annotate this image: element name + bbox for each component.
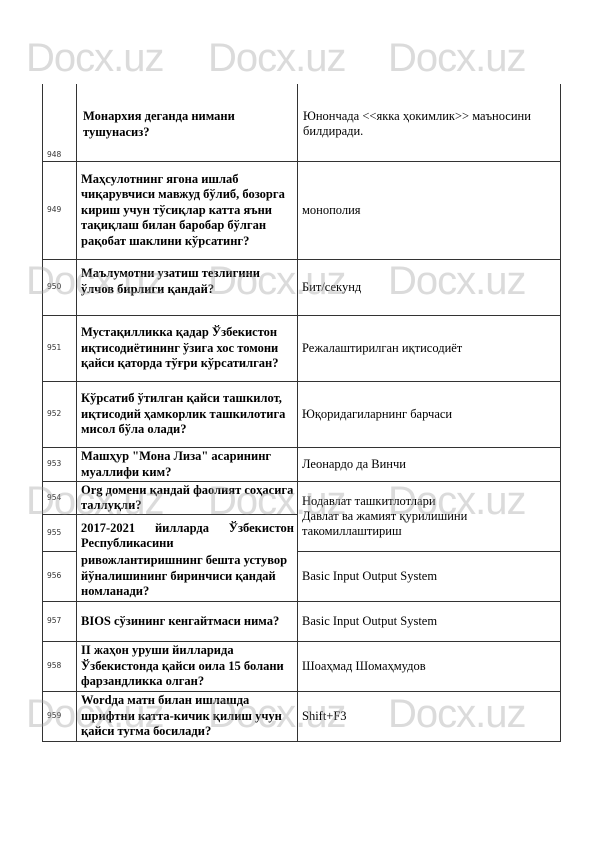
answer-text: Шоаҳмад Шомаҳмудов <box>298 642 561 692</box>
question-text: Машҳур "Мона Лиза" асарининг муаллифи ки… <box>77 448 298 482</box>
question-text: Мустақилликка қадар Ўзбекистон иқтисодиё… <box>77 316 298 382</box>
answer-line: Давлат ва жамият қурилишини такомиллашти… <box>302 509 556 539</box>
table-row: 957 BIOS сўзининг кенгайтмаси нима? Basi… <box>43 602 561 642</box>
answer-text: Юнончада <<якка ҳокимлик>> маъносини бил… <box>303 109 553 139</box>
table-row: 950 Маълумотни узатиш тезлигини ўлчов би… <box>43 260 561 316</box>
answer-text: Леонардо да Винчи <box>298 448 561 482</box>
row-number: 948 <box>47 150 61 159</box>
row-number-cell: 948 <box>42 84 76 161</box>
answer-text: Shift+F3 <box>298 692 561 742</box>
table-row: 956 ривожлантиришнинг бешта устувор йўна… <box>43 552 561 602</box>
answer-text: Юқоридагиларнинг барчаси <box>298 382 561 448</box>
row-number: 957 <box>43 602 77 642</box>
question-text: BIOS сўзининг кенгайтмаси нима? <box>77 602 298 642</box>
question-text: 2017-2021 йилларда Ўзбекистон Республика… <box>77 515 298 552</box>
question-text: II жаҳон уруши йилларида Ўзбекистонда қа… <box>77 642 298 692</box>
table-row: 953 Машҳур "Мона Лиза" асарининг муаллиф… <box>43 448 561 482</box>
row-number: 959 <box>43 692 77 742</box>
row-number: 952 <box>43 382 77 448</box>
question-text: Монархия деганда нимани тушунасиз? <box>83 109 293 140</box>
row-number: 955 <box>43 515 77 552</box>
row-number: 950 <box>43 260 77 316</box>
table-row: 959 Wordда матн билан ишлашда шрифтни ка… <box>43 692 561 742</box>
answer-line: Нодавлат ташкитлотлари <box>302 494 556 509</box>
table-row: 952 Кўрсатиб ўтилган қайси ташкилот, иқт… <box>43 382 561 448</box>
answer-text: Режалаштирилган иқтисодиёт <box>298 316 561 382</box>
answer-cell: Юнончада <<якка ҳокимлик>> маъносини бил… <box>297 84 561 161</box>
table-row: 958 II жаҳон уруши йилларида Ўзбекистонд… <box>43 642 561 692</box>
question-text: Маҳсулотнинг ягона ишлаб чиқарувчиси мав… <box>77 162 298 260</box>
qa-table: 949 Маҳсулотнинг ягона ишлаб чиқарувчиси… <box>42 161 561 742</box>
table-row: 949 Маҳсулотнинг ягона ишлаб чиқарувчиси… <box>43 162 561 260</box>
question-text: Wordда матн билан ишлашда шрифтни катта-… <box>77 692 298 742</box>
row-number: 951 <box>43 316 77 382</box>
row-number: 956 <box>43 552 77 602</box>
answer-text-merged: Нодавлат ташкитлотлари Давлат ва жамият … <box>298 482 561 552</box>
question-text: ривожлантиришнинг бешта устувор йўналиши… <box>77 552 298 602</box>
answer-text: Basic Input Output System <box>298 552 561 602</box>
row-number: 958 <box>43 642 77 692</box>
question-text: Кўрсатиб ўтилган қайси ташкилот, иқтисод… <box>77 382 298 448</box>
row-number: 949 <box>43 162 77 260</box>
table-row: 954 Org домени қандай фаолият соҳасига т… <box>43 482 561 515</box>
question-text: Маълумотни узатиш тезлигини ўлчов бирлиг… <box>77 260 298 316</box>
document-page: 948 Монархия деганда нимани тушунасиз? Ю… <box>0 0 595 842</box>
answer-text: Basic Input Output System <box>298 602 561 642</box>
question-cell: Монархия деганда нимани тушунасиз? <box>76 84 298 161</box>
question-text: Org домени қандай фаолият соҳасига таллу… <box>77 482 298 515</box>
table-row: 951 Мустақилликка қадар Ўзбекистон иқтис… <box>43 316 561 382</box>
answer-text: Бит/секунд <box>298 260 561 316</box>
row-number: 953 <box>43 448 77 482</box>
table-row: 948 Монархия деганда нимани тушунасиз? Ю… <box>42 84 560 161</box>
row-number: 954 <box>43 482 77 515</box>
answer-text: монополия <box>298 162 561 260</box>
